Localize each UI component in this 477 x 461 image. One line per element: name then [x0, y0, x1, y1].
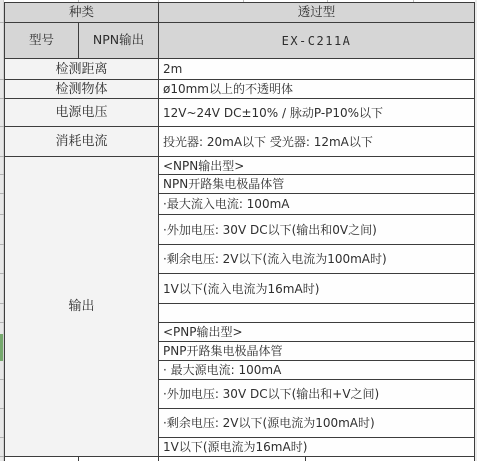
spec-row-label: 检测距离	[5, 59, 159, 80]
next-row-divider	[305, 457, 306, 461]
spec-row-value: 2m	[159, 59, 474, 80]
output-line-text: <PNP输出型>	[163, 326, 243, 338]
kind-value-cell: 透过型	[159, 3, 474, 23]
output-line-text: <NPN输出型>	[163, 160, 244, 172]
spec-label-text: 检测距离	[55, 63, 107, 76]
output-line: <PNP输出型>	[159, 323, 474, 342]
output-line: <NPN输出型>	[159, 157, 474, 175]
kind-label-cell: 种类	[5, 3, 159, 23]
next-row-divider-wrap	[159, 457, 474, 461]
output-line-empty	[159, 304, 474, 323]
spec-label-text: 检测物体	[55, 83, 107, 96]
output-line: 1V以下(流入电流为16mA时)	[159, 274, 474, 304]
output-line: ·外加电压: 30V DC以下(输出和+V之间)	[159, 380, 474, 409]
output-line-text: 1V以下(流入电流为16mA时)	[163, 283, 319, 295]
selection-indicator	[0, 334, 3, 361]
output-line: · 最大源电流: 100mA	[159, 361, 474, 380]
output-line-text: ·外加电压: 30V DC以下(输出和+V之间)	[163, 388, 379, 400]
output-label-cell: 输出	[5, 157, 159, 457]
spec-value-text: ø10mm以上的不透明体	[163, 83, 293, 95]
spec-label-text: 电源电压	[55, 106, 107, 119]
kind-value: 透过型	[298, 6, 336, 19]
output-line: ·最大流入电流: 100mA	[159, 194, 474, 215]
output-line: 1V以下(源电流为16mA时)	[159, 438, 474, 457]
output-line-text: ·剩余电压: 2V以下(源电流为100mA时)	[163, 417, 375, 429]
spec-row-value: ø10mm以上的不透明体	[159, 80, 474, 99]
output-line-text: · 最大源电流: 100mA	[163, 364, 281, 376]
output-line-text: NPN开路集电极晶体管	[163, 178, 284, 190]
spec-row-value: 投光器: 20mA以下 受光器: 12mA以下	[159, 127, 474, 157]
output-line-text: PNP开路集电极晶体管	[163, 345, 282, 357]
output-label-text: 输出	[68, 300, 94, 313]
next-row-cell	[5, 457, 79, 461]
spec-table: 种类 透过型 型号 NPN输出 EX-C211A 检测距离 2m 检测物体 ø1…	[4, 2, 475, 461]
output-line: ·外加电压: 30V DC以下(输出和0V之间)	[159, 215, 474, 245]
output-line: NPN开路集电极晶体管	[159, 175, 474, 194]
output-line: ·剩余电压: 2V以下(流入电流为100mA时)	[159, 245, 474, 274]
output-line-text: ·最大流入电流: 100mA	[163, 198, 289, 210]
spec-row-label: 电源电压	[5, 99, 159, 127]
spec-value-text: 2m	[163, 63, 182, 75]
model-number: EX-C211A	[282, 35, 352, 47]
model-label: 型号	[29, 34, 54, 47]
model-label-cell: 型号	[5, 23, 79, 59]
spec-row-label: 检测物体	[5, 80, 159, 99]
next-row-cell	[79, 457, 159, 461]
model-sub-cell: NPN输出	[79, 23, 159, 59]
output-line: PNP开路集电极晶体管	[159, 342, 474, 361]
model-sub-label: NPN输出	[93, 34, 144, 47]
spec-row-label: 消耗电流	[5, 127, 159, 157]
model-value-cell: EX-C211A	[159, 23, 474, 59]
output-line-text: ·外加电压: 30V DC以下(输出和0V之间)	[163, 224, 377, 236]
output-line-text: 1V以下(源电流为16mA时)	[163, 441, 307, 453]
output-line-text: ·剩余电压: 2V以下(流入电流为100mA时)	[163, 253, 387, 265]
spec-value-text: 12V~24V DC±10% / 脉动P-P10%以下	[163, 107, 383, 119]
spec-row-value: 12V~24V DC±10% / 脉动P-P10%以下	[159, 99, 474, 127]
spec-label-text: 消耗电流	[55, 135, 107, 148]
spec-value-text: 投光器: 20mA以下 受光器: 12mA以下	[163, 136, 373, 148]
output-line: ·剩余电压: 2V以下(源电流为100mA时)	[159, 409, 474, 438]
next-row-cell	[159, 457, 474, 461]
kind-label: 种类	[69, 6, 94, 19]
